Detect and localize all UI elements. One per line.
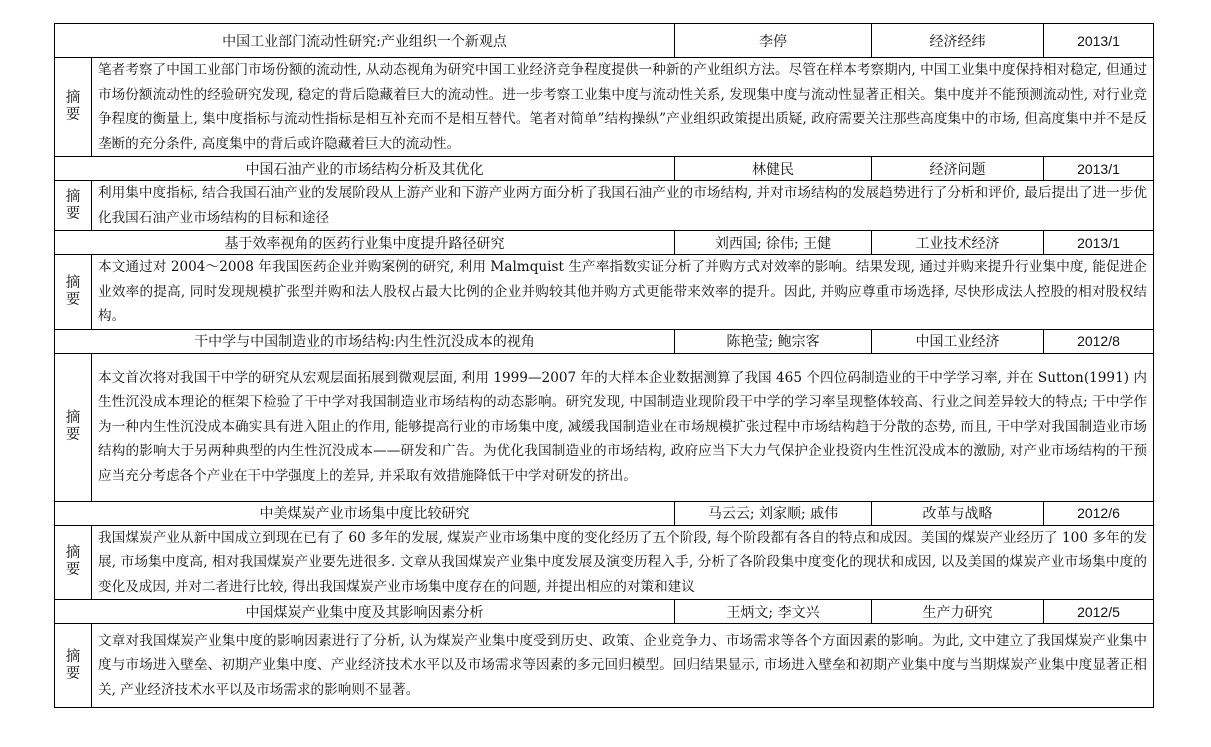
article-journal: 经济问题 bbox=[872, 157, 1044, 181]
article-abstract-row: 摘 要 我国煤炭产业从新中国成立到现在已有了 60 多年的发展, 煤炭产业市场集… bbox=[55, 525, 1154, 600]
article-journal: 经济经纬 bbox=[872, 24, 1044, 58]
article-title: 中美煤炭产业市场集中度比较研究 bbox=[55, 501, 675, 525]
article-date: 2013/1 bbox=[1044, 157, 1154, 181]
article-abstract-row: 摘 要 利用集中度指标, 结合我国石油产业的发展阶段从上游产业和下游产业两方面分… bbox=[55, 181, 1154, 231]
article-journal: 改革与战略 bbox=[872, 501, 1044, 525]
article-abstract: 利用集中度指标, 结合我国石油产业的发展阶段从上游产业和下游产业两方面分析了我国… bbox=[92, 181, 1154, 231]
abstract-label: 摘 要 bbox=[55, 58, 92, 157]
article-header-row: 中美煤炭产业市场集中度比较研究 马云云; 刘家顺; 戚伟 改革与战略 2012/… bbox=[55, 501, 1154, 525]
article-header-row: 中国石油产业的市场结构分析及其优化 林健民 经济问题 2013/1 bbox=[55, 157, 1154, 181]
abstract-label-char: 要 bbox=[55, 427, 91, 444]
article-header-row: 基于效率视角的医药行业集中度提升路径研究 刘西国; 徐伟; 王健 工业技术经济 … bbox=[55, 231, 1154, 255]
article-abstract-row: 摘 要 本文通过对 2004～2008 年我国医药企业并购案例的研究, 利用 M… bbox=[55, 255, 1154, 330]
abstract-label-char: 要 bbox=[55, 666, 91, 683]
article-title: 中国工业部门流动性研究:产业组织一个新观点 bbox=[55, 24, 675, 58]
abstract-label-char: 要 bbox=[55, 206, 91, 223]
article-date: 2012/5 bbox=[1044, 600, 1154, 624]
article-date: 2012/6 bbox=[1044, 501, 1154, 525]
article-abstract: 本文通过对 2004～2008 年我国医药企业并购案例的研究, 利用 Malmq… bbox=[92, 255, 1154, 330]
article-title: 基于效率视角的医药行业集中度提升路径研究 bbox=[55, 231, 675, 255]
article-abstract: 文章对我国煤炭产业集中度的影响因素进行了分析, 认为煤炭产业集中度受到历史、政策… bbox=[92, 624, 1154, 708]
abstract-label-char: 摘 bbox=[55, 649, 91, 666]
article-header-row: 中国煤炭产业集中度及其影响因素分析 王炳文; 李文兴 生产力研究 2012/5 bbox=[55, 600, 1154, 624]
abstract-label: 摘 要 bbox=[55, 255, 92, 330]
literature-table: 中国工业部门流动性研究:产业组织一个新观点 李停 经济经纬 2013/1 摘 要… bbox=[54, 23, 1154, 708]
article-abstract-row: 摘 要 本文首次将对我国干中学的研究从宏观层面拓展到微观层面, 利用 1999—… bbox=[55, 353, 1154, 501]
article-abstract-row: 摘 要 文章对我国煤炭产业集中度的影响因素进行了分析, 认为煤炭产业集中度受到历… bbox=[55, 624, 1154, 708]
article-title: 干中学与中国制造业的市场结构:内生性沉没成本的视角 bbox=[55, 329, 675, 353]
abstract-label-char: 要 bbox=[55, 107, 91, 124]
article-abstract-row: 摘 要 笔者考察了中国工业部门市场份额的流动性, 从动态视角为研究中国工业经济竞… bbox=[55, 58, 1154, 157]
article-title: 中国石油产业的市场结构分析及其优化 bbox=[55, 157, 675, 181]
abstract-label: 摘 要 bbox=[55, 181, 92, 231]
article-abstract: 本文首次将对我国干中学的研究从宏观层面拓展到微观层面, 利用 1999—2007… bbox=[92, 353, 1154, 501]
article-title: 中国煤炭产业集中度及其影响因素分析 bbox=[55, 600, 675, 624]
article-date: 2013/1 bbox=[1044, 24, 1154, 58]
abstract-label: 摘 要 bbox=[55, 624, 92, 708]
article-header-row: 干中学与中国制造业的市场结构:内生性沉没成本的视角 陈艳莹; 鲍宗客 中国工业经… bbox=[55, 329, 1154, 353]
article-authors: 林健民 bbox=[675, 157, 872, 181]
abstract-label-char: 摘 bbox=[55, 410, 91, 427]
article-header-row: 中国工业部门流动性研究:产业组织一个新观点 李停 经济经纬 2013/1 bbox=[55, 24, 1154, 58]
article-date: 2012/8 bbox=[1044, 329, 1154, 353]
article-journal: 中国工业经济 bbox=[872, 329, 1044, 353]
abstract-label: 摘 要 bbox=[55, 525, 92, 600]
abstract-label-char: 要 bbox=[55, 292, 91, 309]
article-authors: 刘西国; 徐伟; 王健 bbox=[675, 231, 872, 255]
article-abstract: 我国煤炭产业从新中国成立到现在已有了 60 多年的发展, 煤炭产业市场集中度的变… bbox=[92, 525, 1154, 600]
article-authors: 王炳文; 李文兴 bbox=[675, 600, 872, 624]
article-journal: 生产力研究 bbox=[872, 600, 1044, 624]
abstract-label-char: 摘 bbox=[55, 545, 91, 562]
abstract-label-char: 摘 bbox=[55, 189, 91, 206]
article-authors: 马云云; 刘家顺; 戚伟 bbox=[675, 501, 872, 525]
abstract-label-char: 摘 bbox=[55, 90, 91, 107]
abstract-label-char: 要 bbox=[55, 562, 91, 579]
article-authors: 陈艳莹; 鲍宗客 bbox=[675, 329, 872, 353]
article-journal: 工业技术经济 bbox=[872, 231, 1044, 255]
article-abstract: 笔者考察了中国工业部门市场份额的流动性, 从动态视角为研究中国工业经济竞争程度提… bbox=[92, 58, 1154, 157]
abstract-label: 摘 要 bbox=[55, 353, 92, 501]
article-date: 2013/1 bbox=[1044, 231, 1154, 255]
abstract-label-char: 摘 bbox=[55, 275, 91, 292]
article-authors: 李停 bbox=[675, 24, 872, 58]
